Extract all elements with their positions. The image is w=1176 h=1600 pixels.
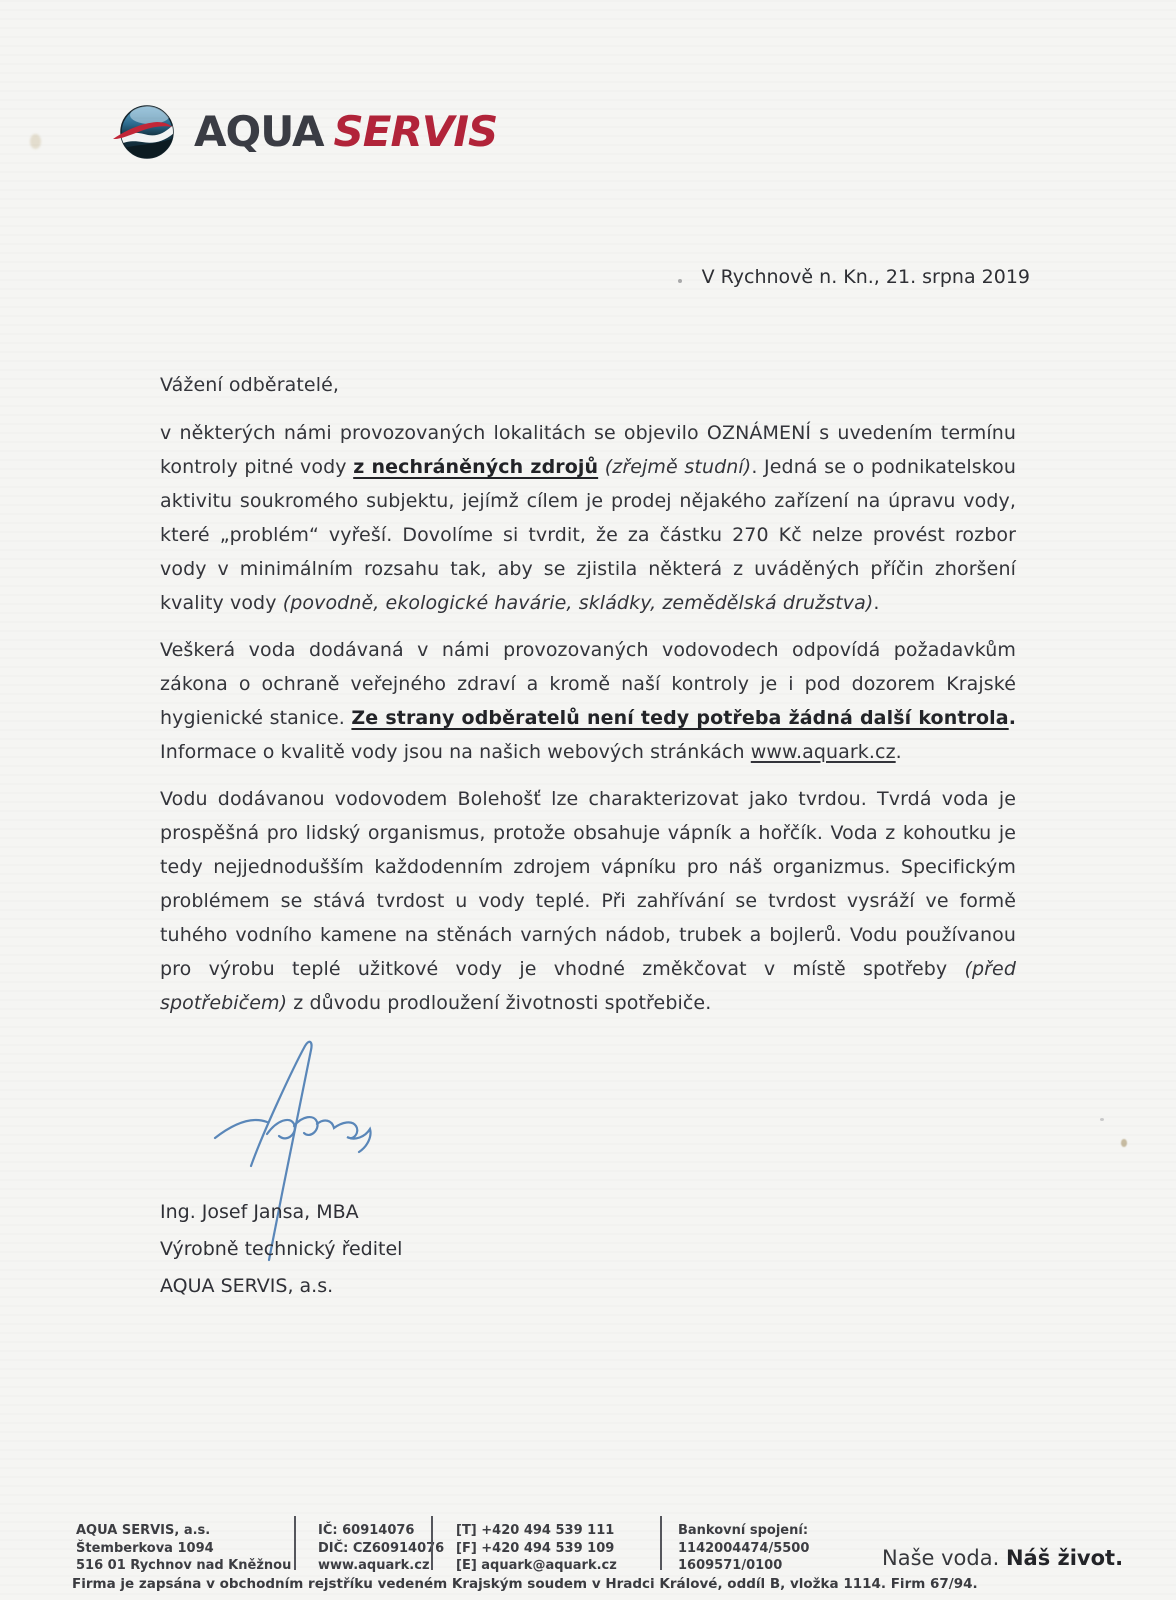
text-run: Vodu dodávanou vodovodem Bolehošť lze ch… bbox=[160, 788, 1016, 980]
salutation: Vážení odběratelé, bbox=[160, 368, 1016, 402]
logo-wordmark: AQUASERVIS bbox=[194, 111, 497, 153]
signatory-title: Výrobně technický ředitel bbox=[160, 1231, 402, 1268]
footer-contacts: [T] +420 494 539 111[F] +420 494 539 109… bbox=[456, 1522, 617, 1575]
paragraph-2: Veškerá voda dodávaná v námi provozovaný… bbox=[160, 633, 1016, 769]
scan-artifact bbox=[30, 134, 41, 149]
scan-artifact bbox=[1100, 1118, 1104, 1121]
text-run: . bbox=[896, 741, 902, 763]
footer-line: IČ: 60914076 bbox=[318, 1522, 444, 1540]
text-run: (povodně, ekologické havárie, skládky, z… bbox=[283, 592, 874, 614]
footer-line: Bankovní spojení: bbox=[678, 1522, 809, 1540]
signatory-name: Ing. Josef Jansa, MBA bbox=[160, 1194, 402, 1231]
footer-line: 1609571/0100 bbox=[678, 1557, 809, 1575]
signatory-block: Ing. Josef Jansa, MBA Výrobně technický … bbox=[160, 1194, 402, 1305]
text-run: Informace o kvalitě vody jsou na našich … bbox=[160, 741, 751, 763]
text-run: www.aquark.cz bbox=[751, 741, 896, 763]
text-run bbox=[598, 456, 605, 478]
text-run: . Jedná se o podnikatelskou aktivitu sou… bbox=[160, 456, 1016, 614]
footer-line: [T] +420 494 539 111 bbox=[456, 1522, 617, 1540]
paragraph-1: v některých námi provozovaných lokalitác… bbox=[160, 416, 1016, 620]
footer-divider bbox=[431, 1516, 433, 1570]
slogan-regular: Naše voda. bbox=[882, 1546, 1006, 1570]
letter-body: Vážení odběratelé, v některých námi prov… bbox=[160, 368, 1016, 1033]
logo-globe-icon bbox=[112, 102, 180, 162]
logo-text-aqua: AQUA bbox=[194, 107, 324, 156]
text-run: . bbox=[1009, 707, 1016, 729]
footer-line: DIČ: CZ60914076 bbox=[318, 1540, 444, 1558]
footer-line: Štemberkova 1094 bbox=[76, 1540, 291, 1558]
footer-company-address: AQUA SERVIS, a.s.Štemberkova 1094516 01 … bbox=[76, 1522, 291, 1575]
text-run: Ze strany odběratelů není tedy potřeba ž… bbox=[351, 707, 1008, 729]
date-line: V Rychnově n. Kn., 21. srpna 2019 bbox=[560, 266, 1030, 288]
text-run: z nechráněných zdrojů bbox=[353, 456, 598, 478]
text-run: z důvodu prodloužení životnosti spotřebi… bbox=[287, 992, 711, 1014]
footer-line: AQUA SERVIS, a.s. bbox=[76, 1522, 291, 1540]
footer-slogan: Naše voda. Náš život. bbox=[882, 1546, 1123, 1570]
slogan-bold: Náš život. bbox=[1006, 1546, 1123, 1570]
footer-divider bbox=[294, 1516, 296, 1570]
footer-registration-ids: IČ: 60914076DIČ: CZ60914076www.aquark.cz bbox=[318, 1522, 444, 1575]
footer-line: www.aquark.cz bbox=[318, 1557, 444, 1575]
footer-bank-details: Bankovní spojení:1142004474/55001609571/… bbox=[678, 1522, 809, 1575]
company-logo: AQUASERVIS bbox=[112, 102, 497, 162]
footer-line: 1142004474/5500 bbox=[678, 1540, 809, 1558]
signatory-company: AQUA SERVIS, a.s. bbox=[160, 1268, 402, 1305]
text-run: . bbox=[873, 592, 879, 614]
footer-line: [E] aquark@aquark.cz bbox=[456, 1557, 617, 1575]
footer-legal-note: Firma je zapsána v obchodním rejstříku v… bbox=[72, 1576, 1142, 1592]
paragraph-3: Vodu dodávanou vodovodem Bolehošť lze ch… bbox=[160, 782, 1016, 1020]
footer-divider bbox=[660, 1516, 662, 1570]
text-run: (zřejmě studní) bbox=[605, 456, 752, 478]
scan-artifact bbox=[1121, 1139, 1127, 1147]
footer-line: [F] +420 494 539 109 bbox=[456, 1540, 617, 1558]
footer-line: 516 01 Rychnov nad Kněžnou bbox=[76, 1557, 291, 1575]
logo-text-servis: SERVIS bbox=[334, 107, 498, 156]
scanned-letter-page: AQUASERVIS V Rychnově n. Kn., 21. srpna … bbox=[0, 0, 1176, 1600]
